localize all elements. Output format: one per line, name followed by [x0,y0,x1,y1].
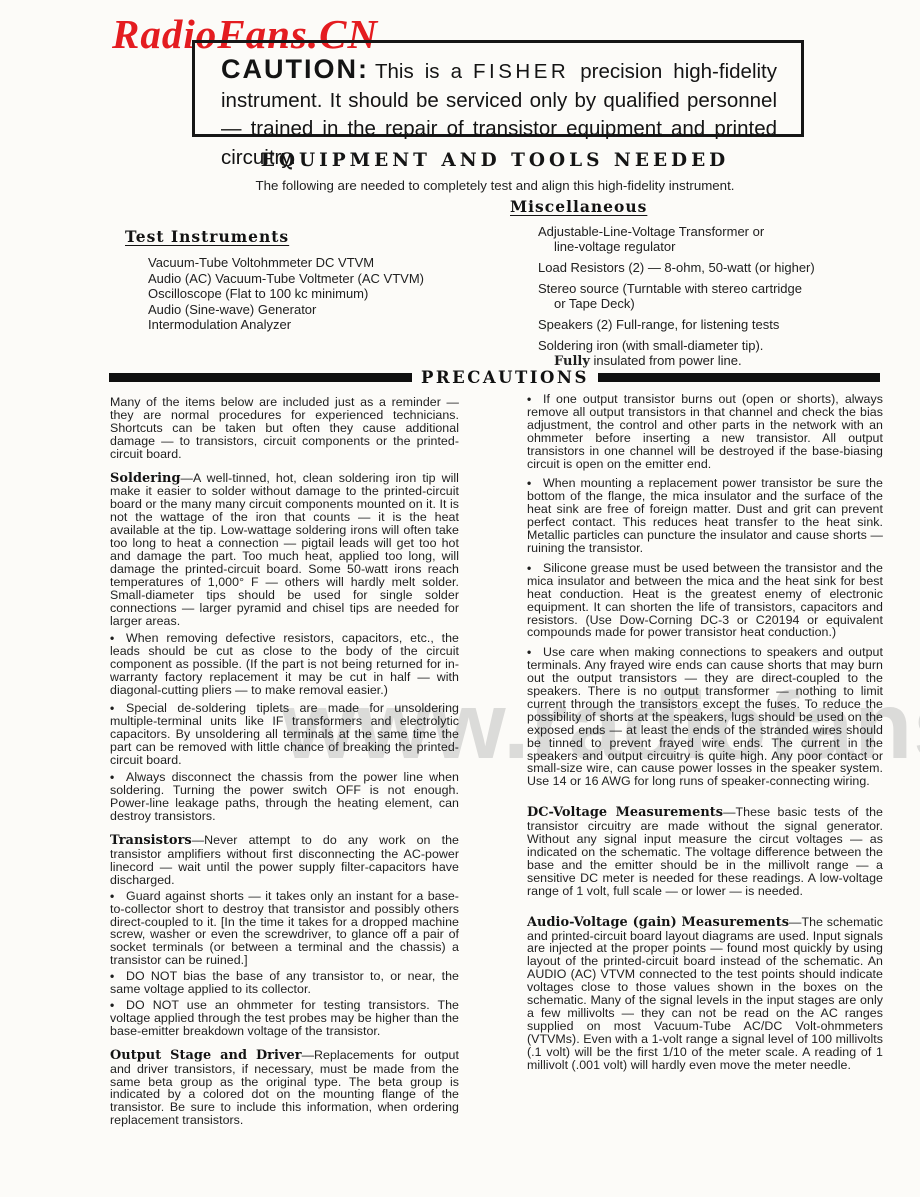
test-instruments-list: Vacuum-Tube Voltohmmeter DC VTVM Audio (… [148,255,485,333]
paragraph-lead: Output Stage and Driver [110,1048,302,1063]
caution-box: CAUTION:This is a FISHER precision high-… [192,40,804,137]
equipment-subtitle: The following are needed to completely t… [110,178,880,193]
bullet-paragraph: •If one output transistor burns out (ope… [527,393,883,470]
miscellaneous-heading: Miscellaneous [510,197,855,216]
paragraph: Audio-Voltage (gain) Measurements—The sc… [527,916,883,1072]
miscellaneous-block: Miscellaneous Adjustable-Line-Voltage Tr… [510,197,855,375]
list-item: Stereo source (Turntable with stereo car… [538,281,855,311]
paragraph: DC-Voltage Measurements—These basic test… [527,806,883,897]
precautions-left-column: Many of the items below are included jus… [110,396,459,1127]
list-item: Adjustable-Line-Voltage Transformer or l… [538,224,855,254]
soldering-iron-rest: insulated from power line. [590,353,742,368]
paragraph-lead: Transistors [110,833,192,848]
soldering-iron-line1: Soldering iron (with small-diameter tip)… [538,338,763,353]
fully-bold: Fully [554,354,590,369]
list-item: Vacuum-Tube Voltohmmeter DC VTVM [148,255,485,271]
equipment-section-header: EQUIPMENT AND TOOLS NEEDED The following… [110,150,880,193]
list-item: Audio (AC) Vacuum-Tube Voltmeter (AC VTV… [148,271,485,287]
list-item: Intermodulation Analyzer [148,317,485,333]
fisher-brand: FISHER [473,60,569,83]
caution-label: CAUTION: [221,54,375,84]
paragraph: Many of the items below are included jus… [110,396,459,461]
header-rule-right [598,373,880,382]
bullet-paragraph: •DO NOT bias the base of any transistor … [110,970,459,996]
precautions-title: PRECAUTIONS [421,368,589,387]
bullet-paragraph: •Guard against shorts — it takes only an… [110,890,459,967]
test-instruments-heading: Test Instruments [125,227,485,246]
bullet-paragraph: •Use care when making connections to spe… [527,646,883,788]
bullet-paragraph: •Silicone grease must be used between th… [527,562,883,639]
paragraph-lead: Audio-Voltage (gain) Measurements [527,915,789,930]
precautions-header: PRECAUTIONS [109,369,880,386]
list-item: Speakers (2) Full-range, for listening t… [538,317,855,332]
bullet-paragraph: •Special de-soldering tiplets are made f… [110,702,459,767]
list-item: Audio (Sine-wave) Generator [148,302,485,318]
caution-text-before: This is a [375,60,473,83]
bullet-paragraph: •Always disconnect the chassis from the … [110,771,459,823]
test-instruments-block: Test Instruments Vacuum-Tube Voltohmmete… [125,227,485,333]
paragraph-lead: Soldering [110,471,181,486]
list-item: Oscilloscope (Flat to 100 kc minimum) [148,286,485,302]
paragraph: Transistors—Never attempt to do any work… [110,834,459,887]
paragraph: Output Stage and Driver—Replacements for… [110,1049,459,1127]
equipment-title: EQUIPMENT AND TOOLS NEEDED [110,150,880,171]
bullet-paragraph: •When removing defective resistors, capa… [110,632,459,697]
bullet-paragraph: •When mounting a replacement power trans… [527,477,883,554]
paragraph-lead: DC-Voltage Measurements [527,805,723,820]
bullet-paragraph: •DO NOT use an ohmmeter for testing tran… [110,999,459,1038]
service-manual-page: RadioFans.CN www.radiofans.cn CAUTION:Th… [0,0,920,1197]
miscellaneous-list: Adjustable-Line-Voltage Transformer or l… [538,224,855,369]
precautions-right-column: •If one output transistor burns out (ope… [527,393,883,1072]
header-rule-left [109,373,412,382]
list-item: Soldering iron (with small-diameter tip)… [538,338,855,369]
list-item: Load Resistors (2) — 8-ohm, 50-watt (or … [538,260,855,275]
paragraph: Soldering—A well-tinned, hot, clean sold… [110,472,459,628]
